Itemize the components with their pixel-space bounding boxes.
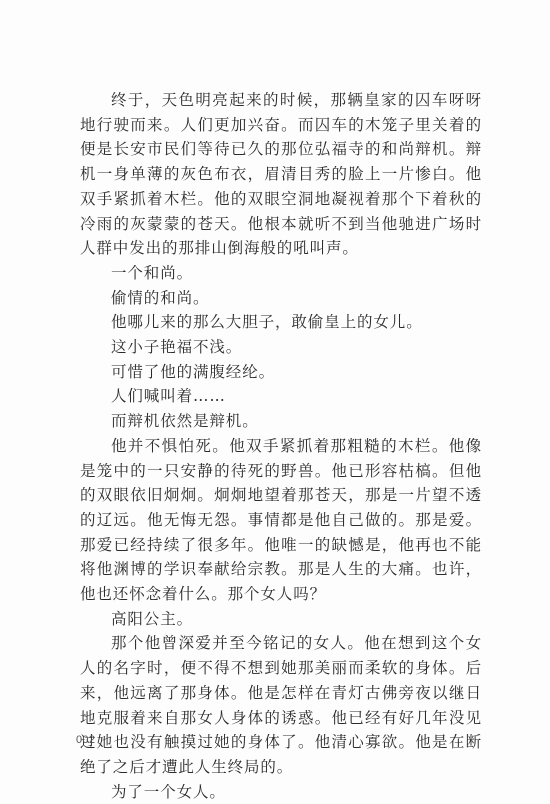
paragraph: 一个和尚。 [80, 261, 482, 286]
paragraph: 他哪儿来的那么大胆子，敢偷皇上的女儿。 [80, 310, 482, 335]
paragraph: 为了一个女人。 [80, 780, 482, 804]
paragraph: 而辩机依然是辩机。 [80, 409, 482, 434]
paragraph: 可惜了他的满腹经纶。 [80, 360, 482, 385]
paragraph: 他并不惧怕死。他双手紧抓着那粗糙的木栏。他像是笼中的一只安静的待死的野兽。他已形… [80, 434, 482, 607]
body-text: 终于，天色明亮起来的时候，那辆皇家的囚车呀呀地行驶而来。人们更加兴奋。而囚车的木… [80, 88, 482, 804]
paragraph: 这小子艳福不浅。 [80, 335, 482, 360]
paragraph: 高阳公主。 [80, 607, 482, 632]
paragraph: 那个他曾深爱并至今铭记的女人。他在想到这个女人的名字时，便不得不想到她那美丽而柔… [80, 631, 482, 779]
paragraph: 终于，天色明亮起来的时候，那辆皇家的囚车呀呀地行驶而来。人们更加兴奋。而囚车的木… [80, 88, 482, 261]
book-page: 终于，天色明亮起来的时候，那辆皇家的囚车呀呀地行驶而来。人们更加兴奋。而囚车的木… [0, 0, 550, 804]
page-number: 002 [76, 734, 95, 746]
paragraph: 偷情的和尚。 [80, 286, 482, 311]
paragraph: 人们喊叫着…… [80, 384, 482, 409]
